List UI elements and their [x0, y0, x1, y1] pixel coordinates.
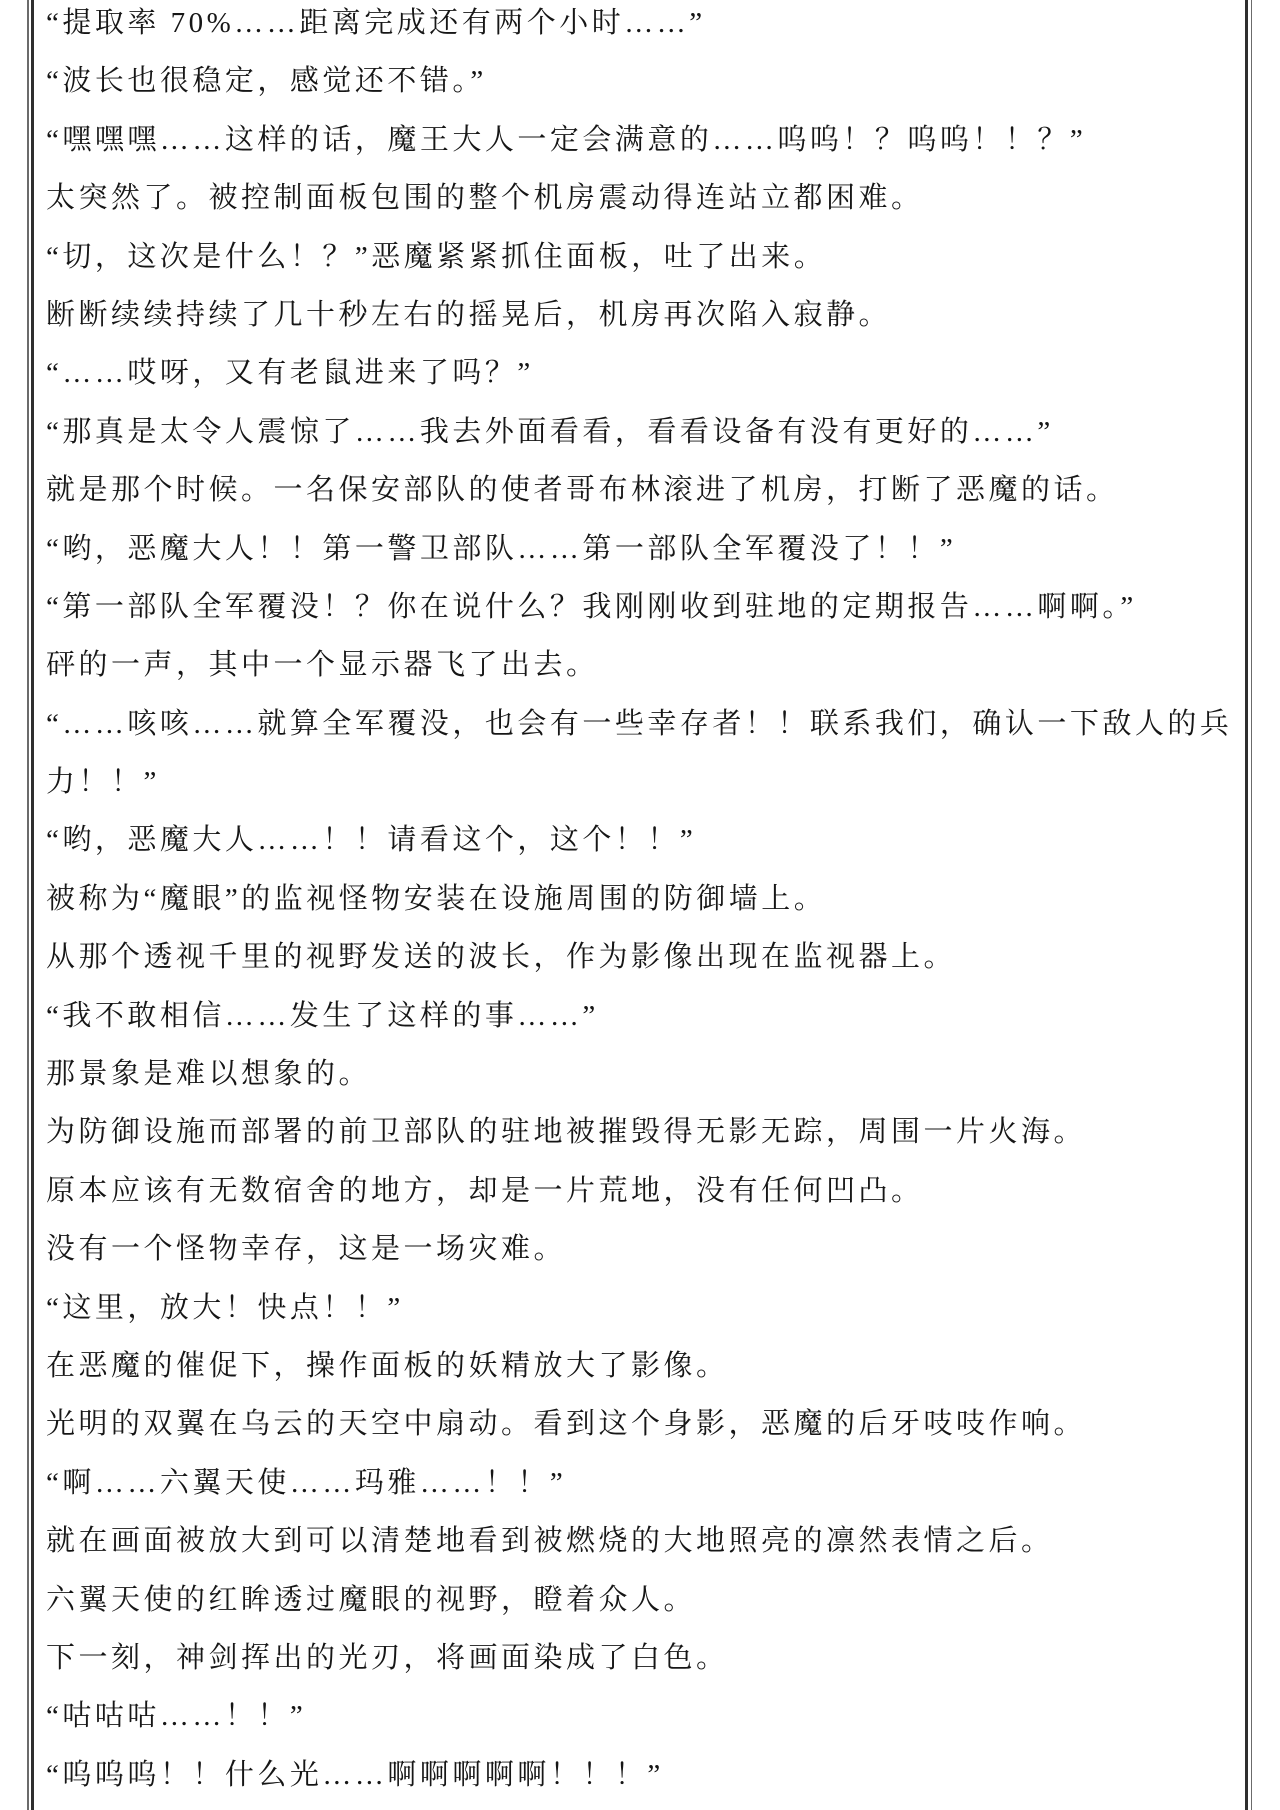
text-line: “啊……六翼天使……玛雅……！！”	[46, 1454, 1246, 1512]
text-line: “提取率 70%……距离完成还有两个小时……”	[46, 0, 1246, 52]
text-line: 为防御设施而部署的前卫部队的驻地被摧毁得无影无踪，周围一片火海。	[46, 1103, 1246, 1161]
text-line: “……咳咳……就算全军覆没，也会有一些幸存者！！联系我们，确认一下敌人的兵	[46, 695, 1246, 753]
right-border-outer-line	[1251, 0, 1253, 1810]
text-line: 下一刻，神剑挥出的光刃，将画面染成了白色。	[46, 1629, 1246, 1687]
text-line: 断断续续持续了几十秒左右的摇晃后，机房再次陷入寂静。	[46, 286, 1246, 344]
text-line: 就是那个时候。一名保安部队的使者哥布林滚进了机房，打断了恶魔的话。	[46, 461, 1246, 519]
text-line: 被称为“魔眼”的监视怪物安装在设施周围的防御墙上。	[46, 870, 1246, 928]
text-line: “切，这次是什么！？”恶魔紧紧抓住面板，吐了出来。	[46, 228, 1246, 286]
text-line: 那景象是难以想象的。	[46, 1045, 1246, 1103]
text-line: 没有一个怪物幸存，这是一场灾难。	[46, 1220, 1246, 1278]
text-line: “……哎呀，又有老鼠进来了吗？”	[46, 344, 1246, 402]
text-line: “哟，恶魔大人……！！请看这个，这个！！”	[46, 811, 1246, 869]
text-line: 六翼天使的红眸透过魔眼的视野，瞪着众人。	[46, 1571, 1246, 1629]
text-line: “我不敢相信……发生了这样的事……”	[46, 987, 1246, 1045]
text-line: “这里，放大！快点！！”	[46, 1279, 1246, 1337]
text-line: 在恶魔的催促下，操作面板的妖精放大了影像。	[46, 1337, 1246, 1395]
text-line: 力！！”	[46, 753, 1246, 811]
text-line: “咕咕咕……！！”	[46, 1687, 1246, 1745]
novel-text-block: “提取率 70%……距离完成还有两个小时……” “波长也很稳定，感觉还不错。” …	[46, 0, 1246, 1804]
text-line: 就在画面被放大到可以清楚地看到被燃烧的大地照亮的凛然表情之后。	[46, 1512, 1246, 1570]
text-line: “哟，恶魔大人！！第一警卫部队……第一部队全军覆没了！！”	[46, 520, 1246, 578]
text-line: 原本应该有无数宿舍的地方，却是一片荒地，没有任何凹凸。	[46, 1162, 1246, 1220]
text-line: “第一部队全军覆没！？你在说什么？我刚刚收到驻地的定期报告……啊啊。”	[46, 578, 1246, 636]
text-line: 从那个透视千里的视野发送的波长，作为影像出现在监视器上。	[46, 928, 1246, 986]
left-border-inner-line	[31, 0, 34, 1810]
text-line: “那真是太令人震惊了……我去外面看看，看看设备有没有更好的……”	[46, 403, 1246, 461]
novel-page: “提取率 70%……距离完成还有两个小时……” “波长也很稳定，感觉还不错。” …	[0, 0, 1280, 1810]
text-line: “呜呜呜！！什么光……啊啊啊啊啊！！！”	[46, 1746, 1246, 1804]
text-line: “波长也很稳定，感觉还不错。”	[46, 52, 1246, 110]
text-line: 太突然了。被控制面板包围的整个机房震动得连站立都困难。	[46, 169, 1246, 227]
left-border-outer-line	[27, 0, 29, 1810]
text-line: “嘿嘿嘿……这样的话，魔王大人一定会满意的……呜呜！？呜呜！！？”	[46, 111, 1246, 169]
text-line: 光明的双翼在乌云的天空中扇动。看到这个身影，恶魔的后牙吱吱作响。	[46, 1395, 1246, 1453]
text-line: 砰的一声，其中一个显示器飞了出去。	[46, 636, 1246, 694]
